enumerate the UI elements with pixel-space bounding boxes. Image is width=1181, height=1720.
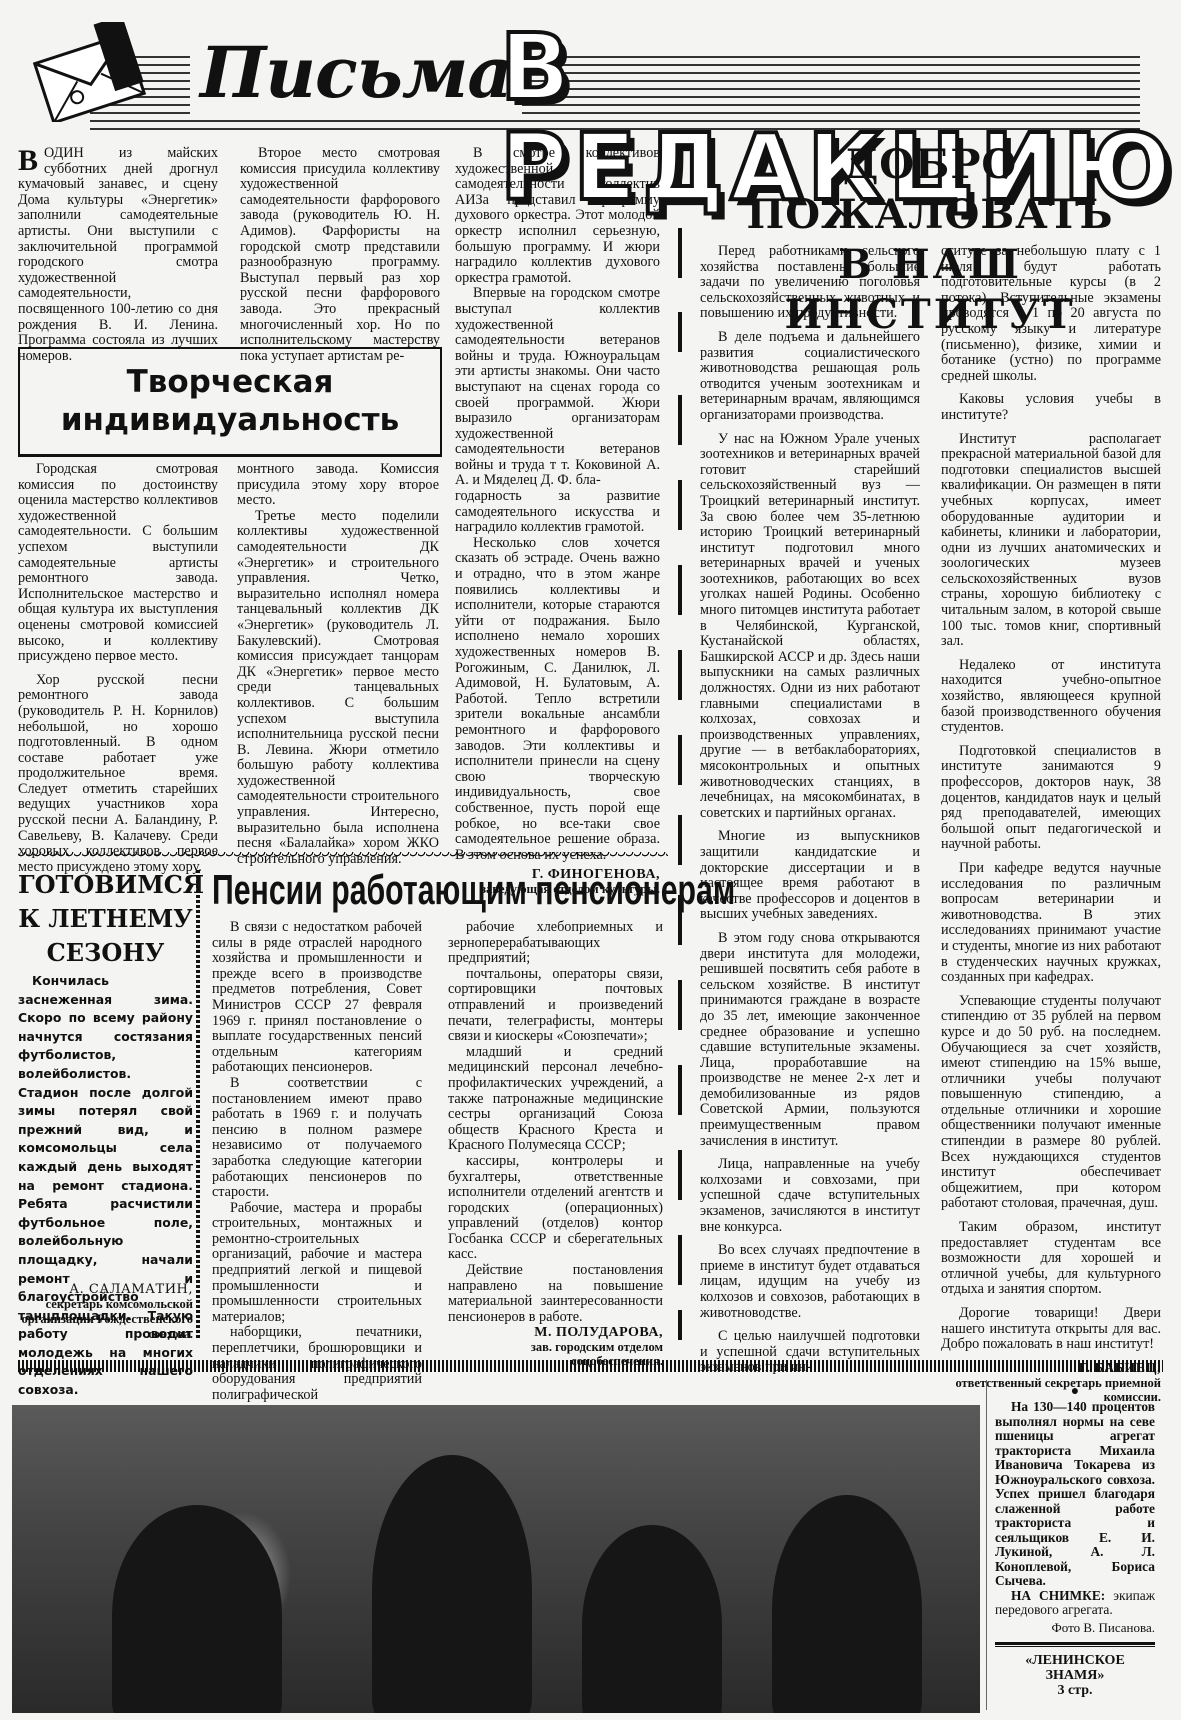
masthead: Письма В РЕДАКЦИЮ: [30, 10, 1160, 130]
photo-person: [772, 1495, 922, 1713]
institute-col2: ституте за небольшую плату с 1 июля буду…: [941, 244, 1161, 1404]
paragraph: В этом году снова открываются двери инст…: [700, 931, 920, 1149]
headline-text: Пенсии работающим пенсионерам: [212, 868, 543, 912]
page-number: 3 стр.: [995, 1683, 1155, 1698]
headline-box: Творческая индивидуальность: [18, 347, 442, 457]
paragraph: При кафедре ведутся научные исследования…: [941, 861, 1161, 986]
photo-credit: Фото В. Писанова.: [995, 1620, 1155, 1636]
column-rule: [678, 228, 682, 278]
drop-cap: В: [18, 146, 38, 176]
footer-paper-name: «ЛЕНИНСКОЕ ЗНАМЯ» 3 стр.: [995, 1653, 1155, 1698]
column-rule: [678, 395, 682, 445]
creative-col1: Городская смотровая комиссия по достоинс…: [18, 462, 218, 875]
paragraph: монтного завода. Комиссия присудила этом…: [237, 462, 439, 509]
paragraph: Рабочие, мастера и прорабы строительных,…: [212, 1201, 422, 1326]
author-role: секретарь комсомольской организации Рожд…: [18, 1297, 193, 1342]
author-name: А. САЛАМАТИН,: [18, 1282, 193, 1297]
column-rule: [678, 650, 682, 700]
creative-col3: В смотре коллективов художественной само…: [455, 146, 660, 896]
column-rule: [678, 815, 682, 865]
paragraph: В смотре коллективов художественной само…: [455, 146, 660, 286]
masthead-script-title: Письма: [190, 28, 522, 118]
pensions-col2: рабочие хлебоприемных и зерноперерабатыв…: [448, 920, 663, 1368]
column-rule: [678, 1150, 682, 1200]
barcode-divider: [18, 1360, 1163, 1372]
column-rule: [986, 1380, 987, 1710]
caption-label-row: НА СНИМКЕ: экипаж передового агрегата.: [995, 1589, 1155, 1618]
paper-name-line: «ЛЕНИНСКОЕ: [995, 1653, 1155, 1668]
paragraph: почтальоны, операторы связи, сортировщик…: [448, 967, 663, 1045]
headline-summer: ГОТОВИМСЯ К ЛЕТНЕМУ СЕЗОНУ: [18, 868, 193, 970]
photo-person: [112, 1505, 282, 1713]
paragraph: У нас на Южном Урале ученых зоотехников …: [700, 432, 920, 822]
paragraph: Перед работниками сельского хозяйства по…: [700, 244, 920, 322]
column-rule: [678, 1310, 682, 1340]
creative-intro-col2: Второе место смотровая комиссия присудил…: [240, 146, 440, 364]
paragraph: годарность за развитие самодеятельного и…: [455, 489, 660, 536]
column-rule: [678, 735, 682, 785]
paragraph: Второе место смотровая комиссия присудил…: [240, 146, 440, 364]
envelope-icon: [30, 22, 150, 122]
paragraph: Третье место поделили коллективы художес…: [237, 509, 439, 868]
paragraph: ОДИН из майских субботних дней дрогнул к…: [18, 145, 218, 364]
column-rule: [678, 312, 682, 352]
headline-line: ГОТОВИМСЯ: [18, 868, 193, 902]
column-rule: [678, 148, 682, 188]
photo-person: [372, 1455, 532, 1713]
headline-line: СЕЗОНУ: [18, 936, 193, 970]
paragraph: Лица, направленные на учебу колхозами и …: [700, 1157, 920, 1235]
headline-pensions: Пенсии работающим пенсионерам: [212, 868, 672, 912]
paragraph: младший и средний медицинский персонал л…: [448, 1045, 663, 1154]
paragraph: Таким образом, институт предоставляет ст…: [941, 1220, 1161, 1298]
caption-text: На 130—140 процентов выполнял нормы на с…: [995, 1399, 1155, 1588]
paragraph: Дорогие товарищи! Двери нашего института…: [941, 1306, 1161, 1353]
column-rule: [678, 980, 682, 1030]
photo-person: [582, 1525, 722, 1713]
paragraph: Институт располагает прекрасной материал…: [941, 432, 1161, 650]
footer-rule: [995, 1642, 1155, 1647]
creative-intro-col1: ВОДИН из майских субботних дней дрогнул …: [18, 146, 218, 364]
paragraph: В деле подъема и дальнейшего развития со…: [700, 330, 920, 424]
headline-line: К ЛЕТНЕМУ: [18, 902, 193, 936]
paragraph: Несколько слов хочется сказать об эстрад…: [455, 536, 660, 863]
paragraph: Хор русской песни ремонтного завода (рук…: [18, 673, 218, 876]
paragraph: Успевающие студенты получают стипендию о…: [941, 994, 1161, 1212]
paragraph: Во всех случаях предпочтение в приеме в …: [700, 1243, 920, 1321]
headline-line: ДОБРО ПОЖАЛОВАТЬ: [700, 140, 1160, 240]
caption-label: НА СНИМКЕ:: [1011, 1588, 1105, 1603]
photo-caption: ● На 130—140 процентов выполнял нормы на…: [995, 1384, 1155, 1698]
paragraph: рабочие хлебоприемных и зерноперерабатыв…: [448, 920, 663, 967]
bullet-icon: ●: [995, 1384, 1155, 1400]
dotted-column-rule: [196, 870, 200, 1340]
paragraph: Каковы условия учебы в институте?: [941, 392, 1161, 423]
column-rule: [678, 1235, 682, 1285]
headline-creative: Творческая индивидуальность: [20, 349, 440, 439]
paragraph: Недалеко от института находится учебно-о…: [941, 658, 1161, 736]
summer-signature: А. САЛАМАТИН, секретарь комсомольской ор…: [18, 1282, 193, 1342]
paragraph: Действие постановления направлено на пов…: [448, 1263, 663, 1325]
paragraph: Городская смотровая комиссия по достоинс…: [18, 462, 218, 665]
paragraph: В связи с недостатком рабочей силы в ряд…: [212, 920, 422, 1076]
photo-tractor-crew: [12, 1405, 980, 1713]
pensions-col1: В связи с недостатком рабочей силы в ряд…: [212, 920, 422, 1419]
paragraph: В соответствии с постановлением имеют пр…: [212, 1076, 422, 1201]
paragraph: кассиры, контролеры и бухгалтеры, ответс…: [448, 1154, 663, 1263]
wavy-divider: [18, 852, 668, 858]
column-rule: [678, 1065, 682, 1115]
paper-name-line: ЗНАМЯ»: [995, 1668, 1155, 1683]
author-name: М. ПОЛУДАРОВА,: [448, 1325, 663, 1340]
paragraph: ституте за небольшую плату с 1 июля буду…: [941, 244, 1161, 384]
institute-col1: Перед работниками сельского хозяйства по…: [700, 244, 920, 1376]
column-rule: [678, 480, 682, 530]
paragraph: Впервые на городском смотре выступал кол…: [455, 286, 660, 489]
creative-col2: монтного завода. Комиссия присудила этом…: [237, 462, 439, 867]
caption-body: На 130—140 процентов выполнял нормы на с…: [995, 1400, 1155, 1589]
column-rule: [678, 565, 682, 615]
paragraph: Подготовкой специалистов в институте зан…: [941, 744, 1161, 853]
